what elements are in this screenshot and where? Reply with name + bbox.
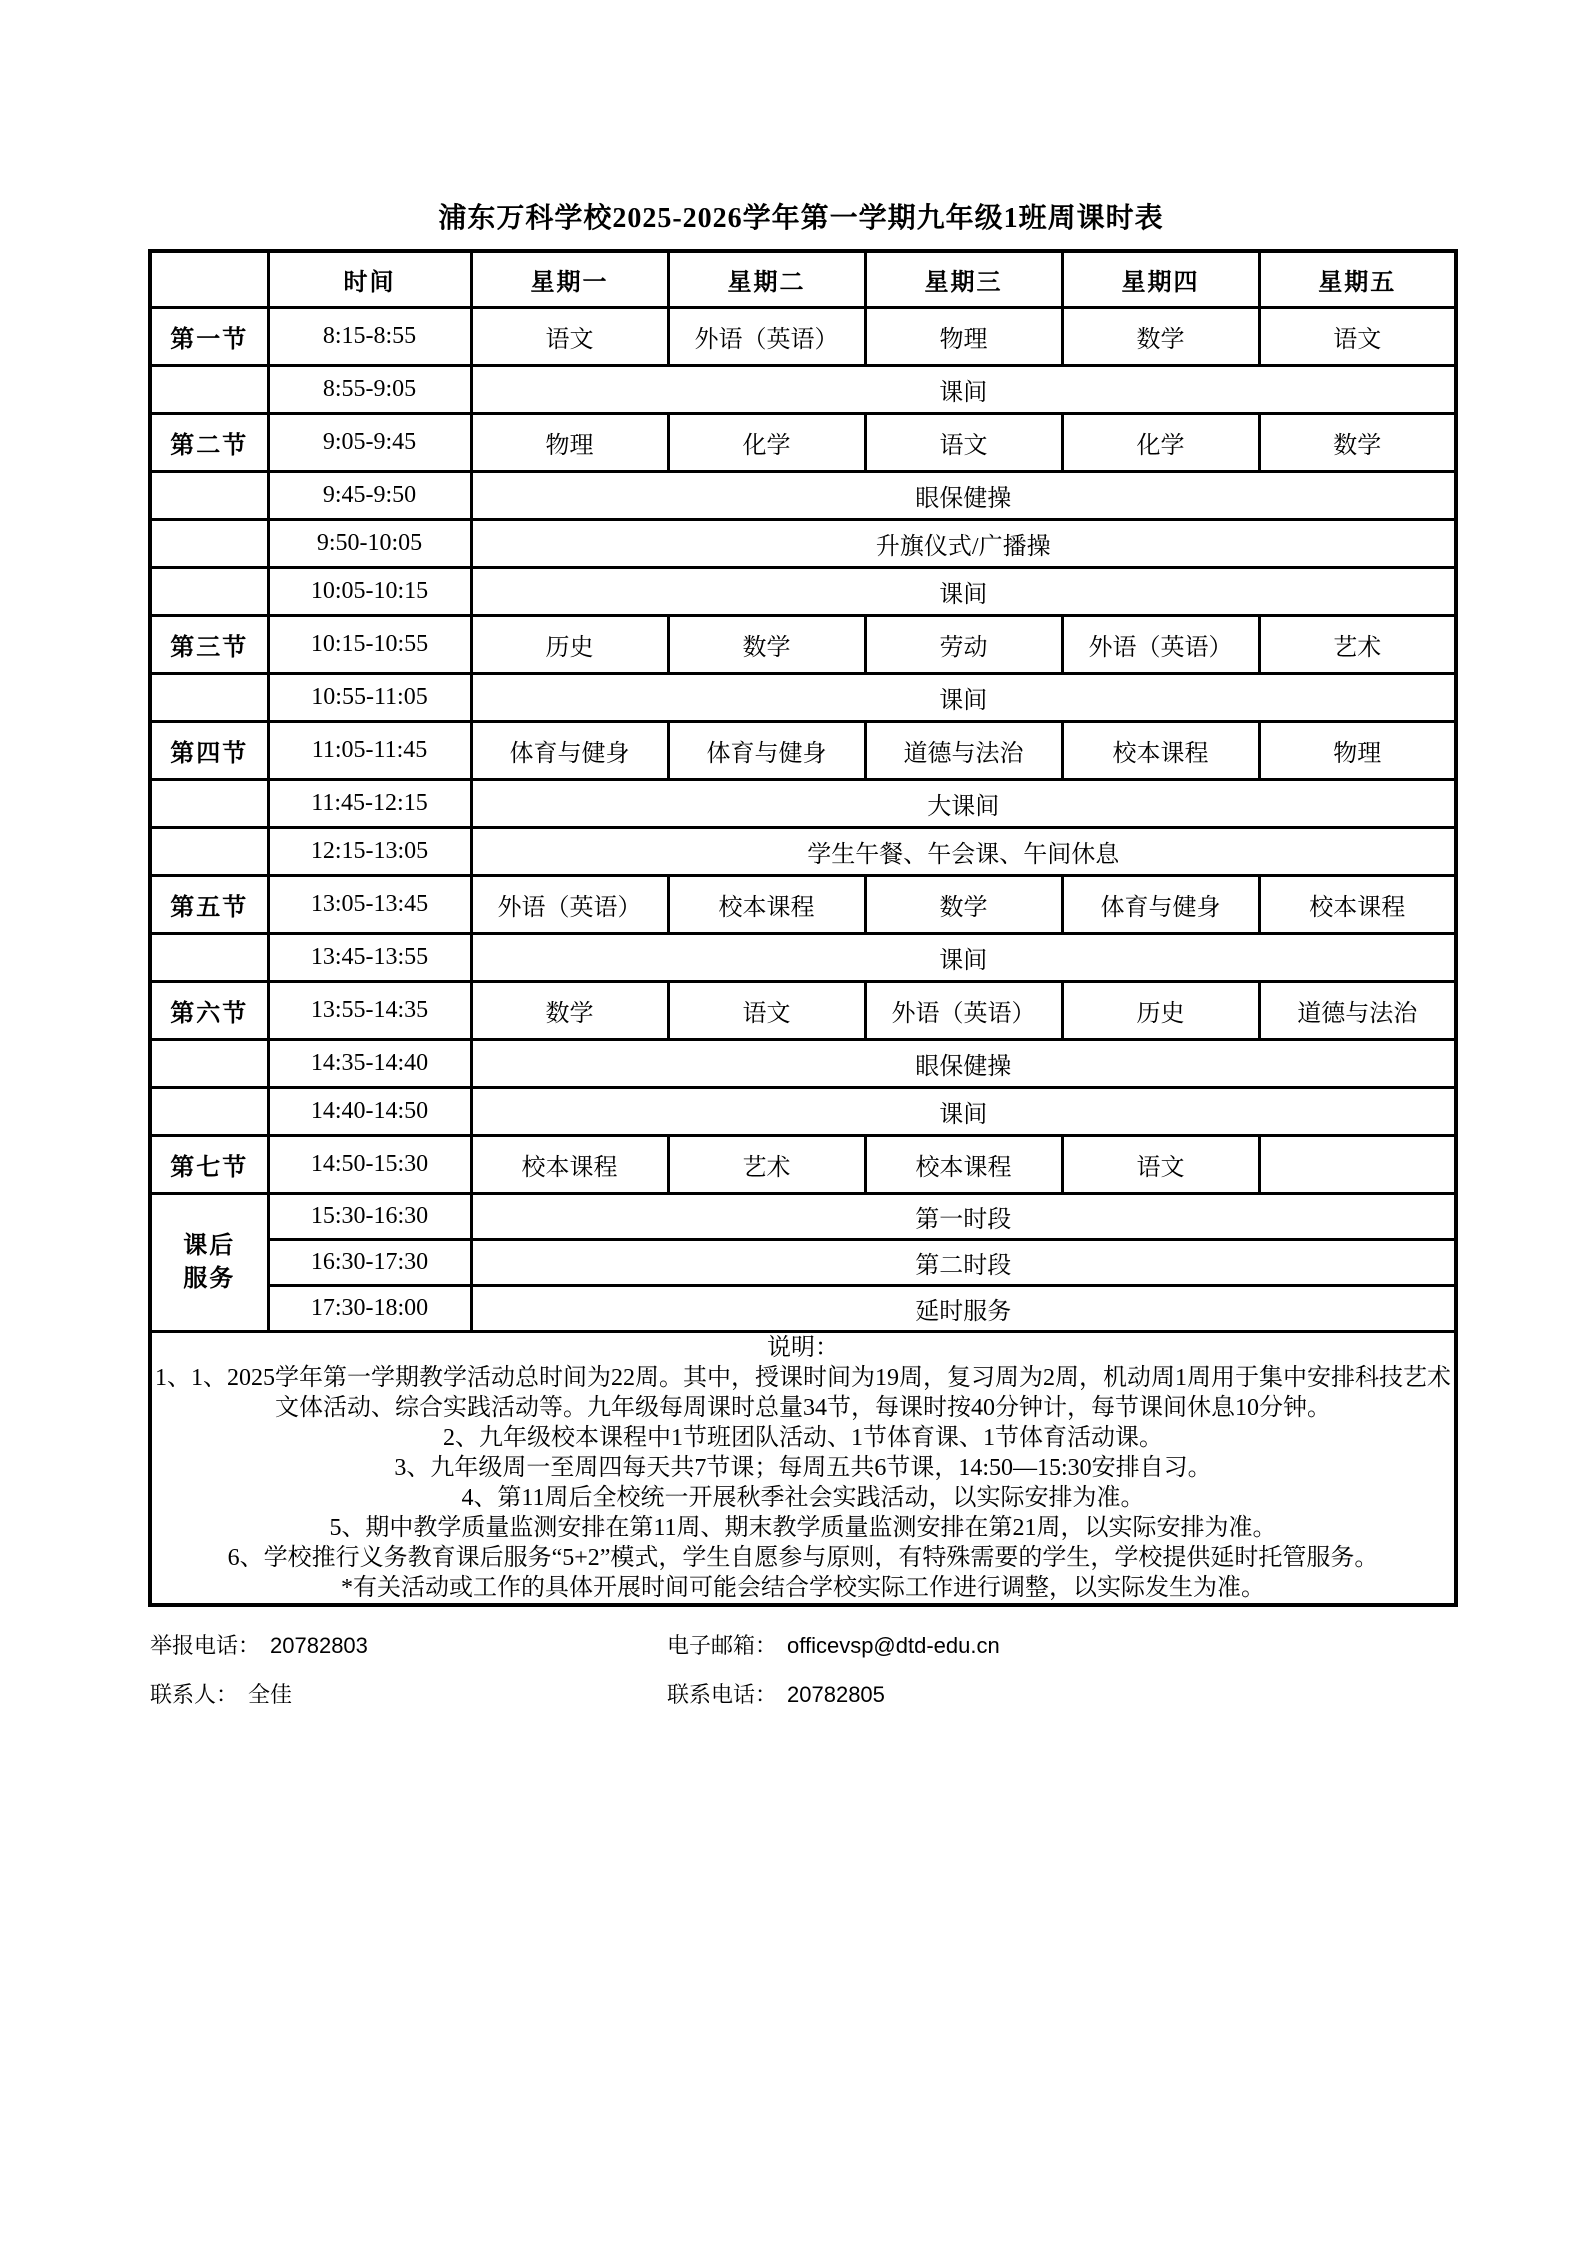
break-label-cell: 课间 xyxy=(471,934,1456,982)
notes-heading: 说明： xyxy=(152,1333,1454,1363)
subject-cell: 校本课程 xyxy=(471,1136,668,1194)
lesson-row: 第三节10:15-10:55历史数学劳动外语（英语）艺术 xyxy=(150,616,1456,674)
lesson-row: 第一节8:15-8:55语文外语（英语）物理数学语文 xyxy=(150,308,1456,366)
section-cell xyxy=(150,568,268,616)
subject-cell: 物理 xyxy=(1259,722,1456,780)
subject-cell xyxy=(1259,1136,1456,1194)
subject-cell: 外语（英语） xyxy=(471,876,668,934)
subject-cell: 历史 xyxy=(471,616,668,674)
section-cell xyxy=(150,520,268,568)
subject-cell: 化学 xyxy=(1062,414,1259,472)
time-cell: 17:30-18:00 xyxy=(268,1286,471,1332)
service-period-cell: 第二时段 xyxy=(471,1240,1456,1286)
time-cell: 10:55-11:05 xyxy=(268,674,471,722)
section-cell: 第五节 xyxy=(150,876,268,934)
section-cell: 第二节 xyxy=(150,414,268,472)
subject-cell: 化学 xyxy=(668,414,865,472)
break-label-cell: 眼保健操 xyxy=(471,1040,1456,1088)
subject-cell: 外语（英语） xyxy=(865,982,1062,1040)
lesson-row: 第七节14:50-15:30校本课程艺术校本课程语文 xyxy=(150,1136,1456,1194)
subject-cell: 语文 xyxy=(1259,308,1456,366)
break-row: 12:15-13:05学生午餐、午会课、午间休息 xyxy=(150,828,1456,876)
break-row: 14:40-14:50课间 xyxy=(150,1088,1456,1136)
contact-name-value: 全佳 xyxy=(248,1682,292,1707)
subject-cell: 语文 xyxy=(471,308,668,366)
time-cell: 8:55-9:05 xyxy=(268,366,471,414)
section-cell xyxy=(150,828,268,876)
service-period-cell: 延时服务 xyxy=(471,1286,1456,1332)
timetable-body: 第一节8:15-8:55语文外语（英语）物理数学语文8:55-9:05课间第二节… xyxy=(150,308,1456,1606)
subject-cell: 外语（英语） xyxy=(1062,616,1259,674)
break-row: 14:35-14:40眼保健操 xyxy=(150,1040,1456,1088)
note-line: 1、1、2025学年第一学期教学活动总时间为22周。其中，授课时间为19周，复习… xyxy=(152,1363,1454,1423)
subject-cell: 体育与健身 xyxy=(1062,876,1259,934)
subject-cell: 校本课程 xyxy=(1259,876,1456,934)
subject-cell: 物理 xyxy=(865,308,1062,366)
time-cell: 10:05-10:15 xyxy=(268,568,471,616)
subject-cell: 语文 xyxy=(1062,1136,1259,1194)
service-row: 17:30-18:00延时服务 xyxy=(150,1286,1456,1332)
lesson-row: 第五节13:05-13:45外语（英语）校本课程数学体育与健身校本课程 xyxy=(150,876,1456,934)
time-cell: 9:05-9:45 xyxy=(268,414,471,472)
section-cell: 第七节 xyxy=(150,1136,268,1194)
break-label-cell: 课间 xyxy=(471,568,1456,616)
email-value: officevsp@dtd-edu.cn xyxy=(787,1633,1000,1658)
section-cell xyxy=(150,1040,268,1088)
break-row: 10:05-10:15课间 xyxy=(150,568,1456,616)
subject-cell: 道德与法治 xyxy=(1259,982,1456,1040)
subject-cell: 道德与法治 xyxy=(865,722,1062,780)
time-cell: 14:50-15:30 xyxy=(268,1136,471,1194)
note-line: 3、九年级周一至周四每天共7节课；每周五共6节课，14:50—15:30安排自习… xyxy=(152,1453,1454,1483)
time-cell: 11:45-12:15 xyxy=(268,780,471,828)
footer-row-1: 举报电话：20782803 电子邮箱：officevsp@dtd-edu.cn xyxy=(150,1633,1587,1659)
time-cell: 13:05-13:45 xyxy=(268,876,471,934)
service-row: 16:30-17:30第二时段 xyxy=(150,1240,1456,1286)
section-cell: 第六节 xyxy=(150,982,268,1040)
time-cell: 9:45-9:50 xyxy=(268,472,471,520)
email-label: 电子邮箱： xyxy=(667,1633,777,1658)
note-line: *有关活动或工作的具体开展时间可能会结合学校实际工作进行调整，以实际发生为准。 xyxy=(152,1573,1454,1603)
subject-cell: 校本课程 xyxy=(1062,722,1259,780)
time-cell: 9:50-10:05 xyxy=(268,520,471,568)
note-line: 6、学校推行义务教育课后服务“5+2”模式，学生自愿参与原则，有特殊需要的学生，… xyxy=(152,1543,1454,1573)
column-header xyxy=(150,251,268,308)
time-cell: 13:45-13:55 xyxy=(268,934,471,982)
column-header: 星期一 xyxy=(471,251,668,308)
subject-cell: 数学 xyxy=(471,982,668,1040)
break-row: 11:45-12:15大课间 xyxy=(150,780,1456,828)
column-header: 星期四 xyxy=(1062,251,1259,308)
break-label-cell: 课间 xyxy=(471,674,1456,722)
subject-cell: 体育与健身 xyxy=(668,722,865,780)
time-cell: 13:55-14:35 xyxy=(268,982,471,1040)
break-row: 13:45-13:55课间 xyxy=(150,934,1456,982)
break-label-cell: 大课间 xyxy=(471,780,1456,828)
subject-cell: 外语（英语） xyxy=(668,308,865,366)
timetable: 时间星期一星期二星期三星期四星期五 第一节8:15-8:55语文外语（英语）物理… xyxy=(148,249,1458,1607)
report-phone-value: 20782803 xyxy=(270,1633,368,1658)
subject-cell: 校本课程 xyxy=(865,1136,1062,1194)
time-cell: 8:15-8:55 xyxy=(268,308,471,366)
column-header: 星期五 xyxy=(1259,251,1456,308)
subject-cell: 历史 xyxy=(1062,982,1259,1040)
section-cell: 第一节 xyxy=(150,308,268,366)
subject-cell: 数学 xyxy=(668,616,865,674)
footer: 举报电话：20782803 电子邮箱：officevsp@dtd-edu.cn … xyxy=(150,1633,1587,1708)
notes-row: 说明：1、1、2025学年第一学期教学活动总时间为22周。其中，授课时间为19周… xyxy=(150,1332,1456,1606)
time-cell: 11:05-11:45 xyxy=(268,722,471,780)
timetable-header-row: 时间星期一星期二星期三星期四星期五 xyxy=(150,251,1456,308)
break-row: 9:50-10:05升旗仪式/广播操 xyxy=(150,520,1456,568)
time-cell: 14:35-14:40 xyxy=(268,1040,471,1088)
section-cell xyxy=(150,366,268,414)
column-header: 时间 xyxy=(268,251,471,308)
break-label-cell: 学生午餐、午会课、午间休息 xyxy=(471,828,1456,876)
document-page: 浦东万科学校2025-2026学年第一学期九年级1班周课时表 时间星期一星期二星… xyxy=(0,0,1587,2245)
service-row: 课后服务15:30-16:30第一时段 xyxy=(150,1194,1456,1240)
contact-phone-label: 联系电话： xyxy=(667,1682,777,1707)
note-line: 2、九年级校本课程中1节班团队活动、1节体育课、1节体育活动课。 xyxy=(152,1423,1454,1453)
subject-cell: 数学 xyxy=(1259,414,1456,472)
section-cell: 第三节 xyxy=(150,616,268,674)
time-cell: 14:40-14:50 xyxy=(268,1088,471,1136)
note-line: 5、期中教学质量监测安排在第11周、期末教学质量监测安排在第21周，以实际安排为… xyxy=(152,1513,1454,1543)
report-phone-label: 举报电话： xyxy=(150,1633,260,1658)
section-cell xyxy=(150,472,268,520)
lesson-row: 第四节11:05-11:45体育与健身体育与健身道德与法治校本课程物理 xyxy=(150,722,1456,780)
contact-phone-value: 20782805 xyxy=(787,1682,885,1707)
subject-cell: 物理 xyxy=(471,414,668,472)
section-cell xyxy=(150,674,268,722)
footer-row-2: 联系人：全佳 联系电话：20782805 xyxy=(150,1682,1587,1708)
service-section-cell: 课后服务 xyxy=(150,1194,268,1332)
contact-name-label: 联系人： xyxy=(150,1682,238,1707)
page-title: 浦东万科学校2025-2026学年第一学期九年级1班周课时表 xyxy=(148,0,1454,236)
report-phone: 举报电话：20782803 xyxy=(150,1633,667,1659)
column-header: 星期二 xyxy=(668,251,865,308)
break-row: 8:55-9:05课间 xyxy=(150,366,1456,414)
contact-phone: 联系电话：20782805 xyxy=(667,1682,885,1708)
section-cell xyxy=(150,780,268,828)
subject-cell: 语文 xyxy=(865,414,1062,472)
break-row: 10:55-11:05课间 xyxy=(150,674,1456,722)
subject-cell: 艺术 xyxy=(668,1136,865,1194)
subject-cell: 数学 xyxy=(1062,308,1259,366)
notes-cell: 说明：1、1、2025学年第一学期教学活动总时间为22周。其中，授课时间为19周… xyxy=(150,1332,1456,1606)
subject-cell: 体育与健身 xyxy=(471,722,668,780)
column-header: 星期三 xyxy=(865,251,1062,308)
section-cell: 第四节 xyxy=(150,722,268,780)
lesson-row: 第六节13:55-14:35数学语文外语（英语）历史道德与法治 xyxy=(150,982,1456,1040)
break-label-cell: 课间 xyxy=(471,1088,1456,1136)
note-line: 4、第11周后全校统一开展秋季社会实践活动，以实际安排为准。 xyxy=(152,1483,1454,1513)
break-label-cell: 升旗仪式/广播操 xyxy=(471,520,1456,568)
section-cell xyxy=(150,934,268,982)
time-cell: 12:15-13:05 xyxy=(268,828,471,876)
section-cell xyxy=(150,1088,268,1136)
subject-cell: 数学 xyxy=(865,876,1062,934)
lesson-row: 第二节9:05-9:45物理化学语文化学数学 xyxy=(150,414,1456,472)
time-cell: 16:30-17:30 xyxy=(268,1240,471,1286)
subject-cell: 劳动 xyxy=(865,616,1062,674)
contact-name: 联系人：全佳 xyxy=(150,1682,667,1708)
time-cell: 10:15-10:55 xyxy=(268,616,471,674)
break-row: 9:45-9:50眼保健操 xyxy=(150,472,1456,520)
break-label-cell: 眼保健操 xyxy=(471,472,1456,520)
email: 电子邮箱：officevsp@dtd-edu.cn xyxy=(667,1633,1000,1659)
time-cell: 15:30-16:30 xyxy=(268,1194,471,1240)
break-label-cell: 课间 xyxy=(471,366,1456,414)
subject-cell: 语文 xyxy=(668,982,865,1040)
service-section-label: 课后服务 xyxy=(182,1230,237,1295)
subject-cell: 艺术 xyxy=(1259,616,1456,674)
subject-cell: 校本课程 xyxy=(668,876,865,934)
service-period-cell: 第一时段 xyxy=(471,1194,1456,1240)
